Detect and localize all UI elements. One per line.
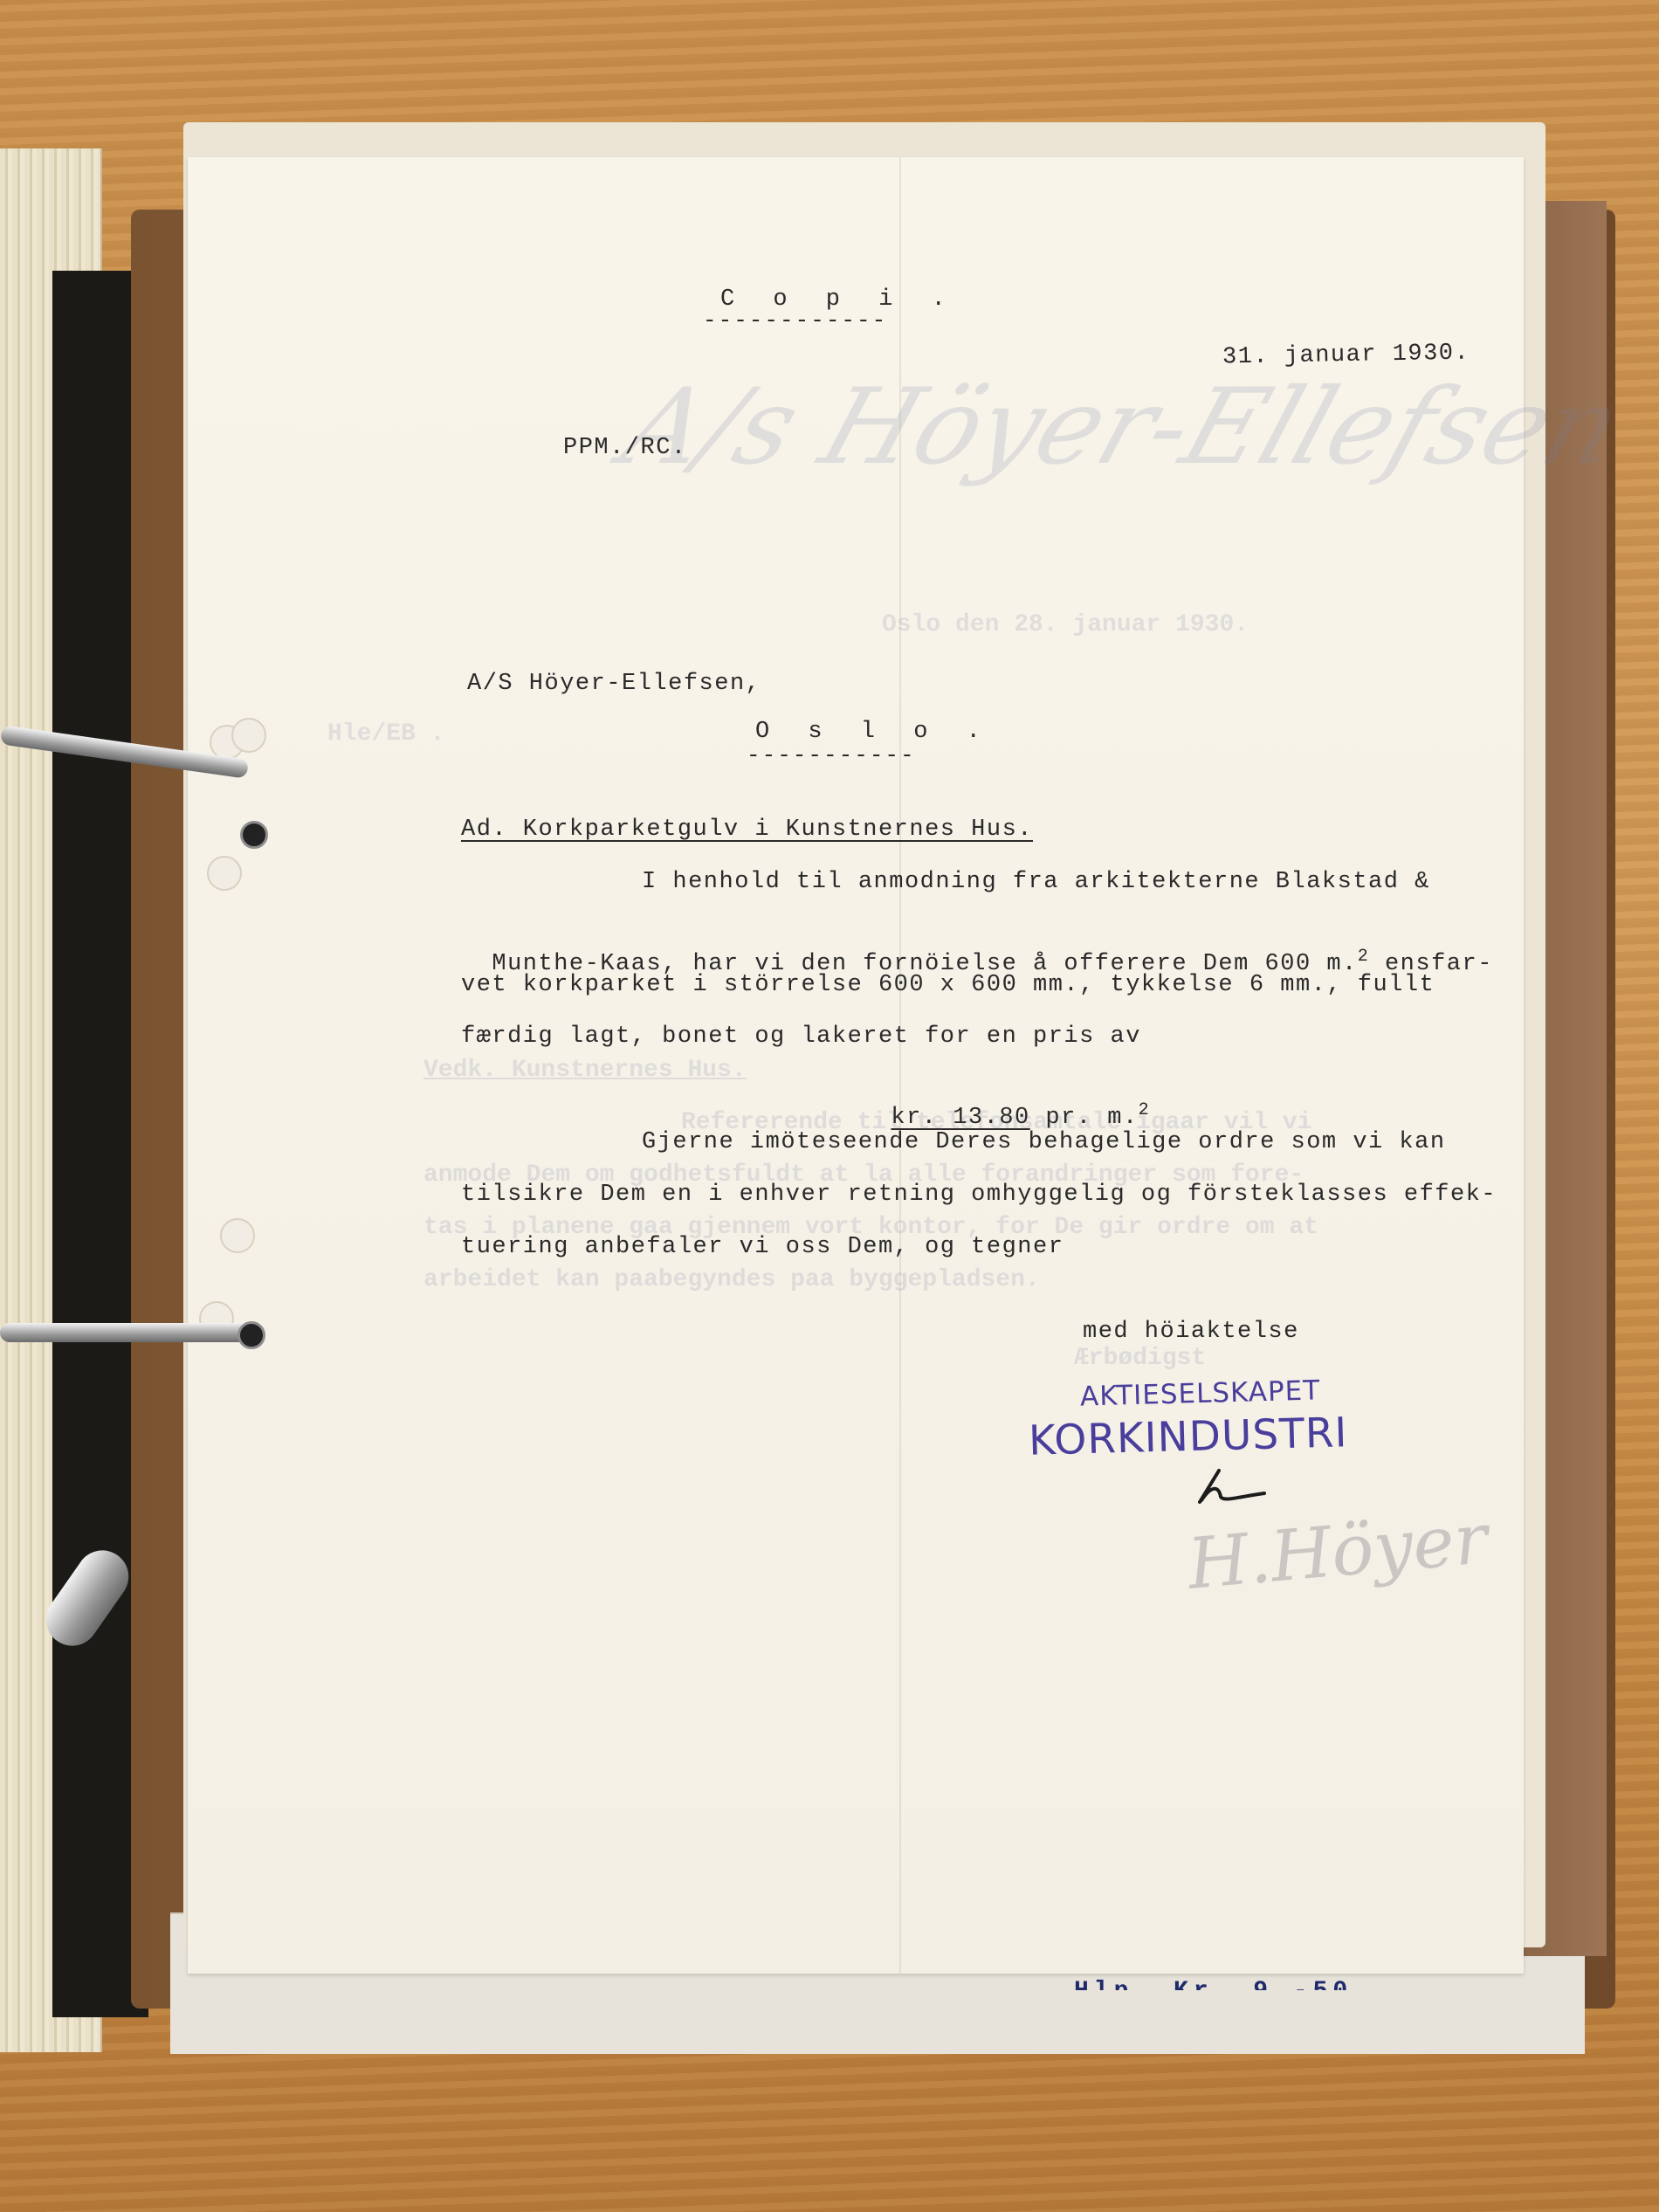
body-line: tuering anbefaler vi oss Dem, og tegner bbox=[461, 1234, 1064, 1260]
subject-line: Ad. Korkparketgulv i Kunstnernes Hus. bbox=[461, 817, 1033, 843]
recipient-city: O s l o . bbox=[755, 719, 993, 745]
ring-post bbox=[240, 821, 268, 849]
closing-salutation: med höiaktelse bbox=[1083, 1319, 1299, 1345]
body-line: vet korkparket i störrelse 600 x 600 mm.… bbox=[461, 972, 1435, 998]
recipient-city-underline: ----------- bbox=[747, 742, 916, 768]
punch-hole bbox=[231, 718, 266, 753]
bleed-body-line-4: arbeidet kan paabegyndes paa byggepladse… bbox=[423, 1266, 1040, 1293]
ring-post bbox=[237, 1321, 265, 1349]
binder-ring-bottom[interactable] bbox=[0, 1323, 253, 1342]
company-stamp-line-1: AKTIESELSKAPET bbox=[1080, 1375, 1321, 1412]
copy-underline: ------------ bbox=[703, 307, 887, 334]
body-line: I henhold til anmodning fra arkitekterne… bbox=[642, 869, 1430, 895]
bleed-letterhead-date: Oslo den 28. januar 1930. bbox=[882, 611, 1249, 638]
body-line: Munthe-Kaas, har vi den fornöielse å off… bbox=[461, 920, 1493, 977]
superscript-2: 2 bbox=[1139, 1100, 1151, 1120]
body-line: tilsikre Dem en i enhver retning omhygge… bbox=[461, 1182, 1497, 1208]
handwritten-initials-icon bbox=[1194, 1467, 1273, 1511]
bleed-letterhead-script: A/s Höyer-Ellefsen bbox=[609, 367, 1635, 488]
punch-hole bbox=[207, 856, 242, 891]
superscript-2: 2 bbox=[1358, 947, 1370, 967]
bleed-reference: Hle/EB . bbox=[327, 720, 444, 748]
punch-hole bbox=[220, 1218, 255, 1253]
bleed-subject: Vedk. Kunstnernes Hus. bbox=[423, 1057, 747, 1084]
body-line: Gjerne imöteseende Deres behagelige ordr… bbox=[642, 1129, 1446, 1155]
reference-code: PPM./RC. bbox=[563, 435, 687, 461]
company-stamp-line-2: KORKINDUSTRI bbox=[1028, 1409, 1348, 1465]
price-amount: kr. 13.80 bbox=[891, 1105, 1029, 1131]
bleed-closing: Ærbødigst bbox=[1074, 1345, 1206, 1372]
body-line: færdig lagt, bonet og lakeret for en pri… bbox=[461, 1023, 1141, 1050]
price-unit: pr. m. bbox=[1030, 1105, 1139, 1131]
price-line: kr. 13.80 pr. m.2 bbox=[860, 1074, 1150, 1131]
letter-date: 31. januar 1930. bbox=[1222, 341, 1470, 371]
recipient-name: A/S Höyer-Ellefsen, bbox=[467, 671, 761, 697]
